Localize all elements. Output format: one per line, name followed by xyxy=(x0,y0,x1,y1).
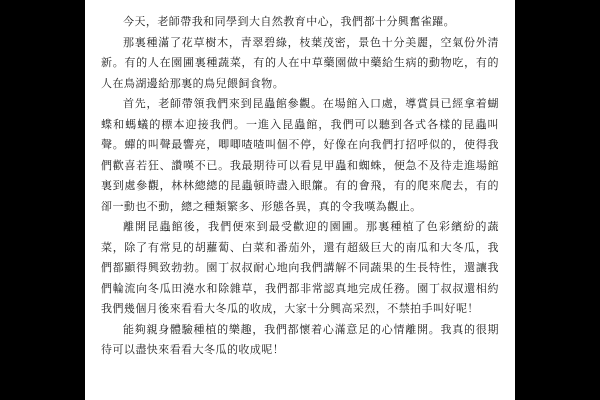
paragraph-scenery: 那裏種滿了花草樹木，青翠碧綠，枝葉茂密，景色十分美麗，空氣份外清新。有的人在園圃… xyxy=(101,33,499,95)
paragraph-insect-house: 首先，老師帶領我們來到昆蟲館參觀。在場館入口處，導賞員已經拿着蝴蝶和螞蟻的標本迎… xyxy=(101,94,499,217)
document-page: 今天，老師帶我和同學到大自然教育中心，我們都十分興奮雀躍。 那裏種滿了花草樹木，… xyxy=(85,0,515,400)
letterbox-background: 今天，老師帶我和同學到大自然教育中心，我們都十分興奮雀躍。 那裏種滿了花草樹木，… xyxy=(0,0,600,400)
paragraph-garden: 離開昆蟲館後，我們便來到最受歡迎的園圃。那裏種植了色彩繽紛的蔬菜，除了有常見的胡… xyxy=(101,217,499,320)
paragraph-conclusion: 能夠親身體驗種植的樂趣，我們都懷着心滿意足的心情離開。我真的很期待可以盡快來看看… xyxy=(101,320,499,361)
paragraph-intro: 今天，老師帶我和同學到大自然教育中心，我們都十分興奮雀躍。 xyxy=(101,12,499,33)
